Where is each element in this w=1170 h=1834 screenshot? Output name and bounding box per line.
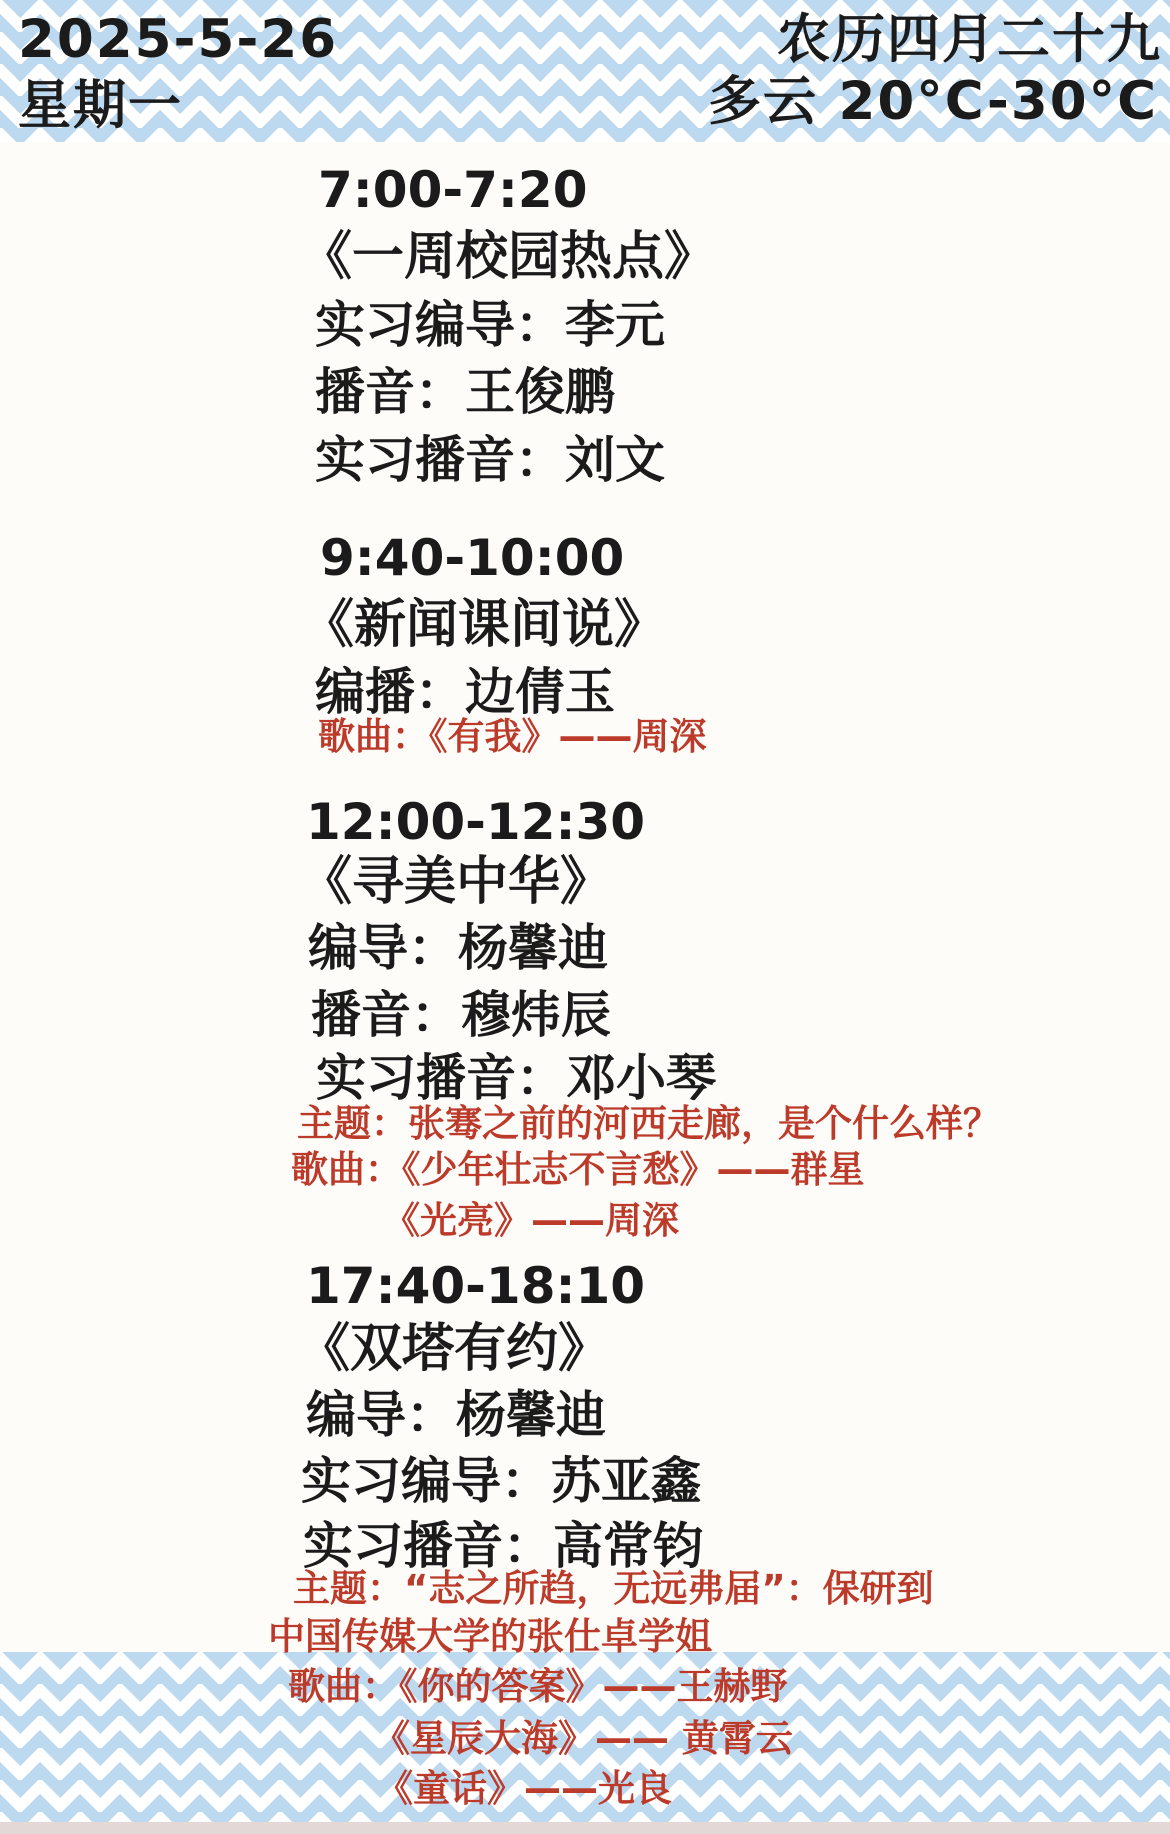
program-1-crew-line: 播音：王俊鹏: [315, 364, 615, 422]
date-text: 2025-5-26: [18, 10, 338, 71]
weekday-text: 星期一: [18, 76, 183, 137]
program-3-crew-line: 实习播音：邓小琴: [316, 1050, 716, 1108]
program-1-crew-line: 实习播音：刘文: [315, 432, 665, 490]
program-1-crew-line: 实习编导：李元: [315, 297, 665, 355]
program-3-title: 《寻美中华》: [300, 853, 612, 913]
program-4-time: 17:40-18:10: [306, 1258, 645, 1316]
program-4-crew-line: 编导：杨馨迪: [306, 1387, 606, 1445]
program-4-crew-line: 实习编导：苏亚鑫: [301, 1453, 701, 1511]
program-4-song-note: 歌曲：《你的答案》——王赫野: [288, 1666, 788, 1709]
program-1-title: 《一周校园热点》: [300, 228, 716, 288]
program-3-time: 12:00-12:30: [306, 794, 645, 852]
program-3-theme-note: 主题：张骞之前的河西走廊，是个什么样？: [297, 1103, 1000, 1146]
footer-strip: [0, 1822, 1170, 1834]
lunar-date-text: 农历四月二十九: [777, 10, 1162, 71]
program-4-title: 《双塔有约》: [298, 1320, 610, 1380]
program-2-crew-line: 编播：边倩玉: [315, 664, 615, 722]
program-4-song-note: 《星辰大海》—— 黄霄云: [373, 1718, 793, 1761]
program-1-time: 7:00-7:20: [318, 162, 587, 220]
program-3-crew-line: 播音：穆炜辰: [311, 987, 611, 1045]
weather-text: 多云 20°C-30°C: [708, 72, 1158, 133]
program-3-song-note: 歌曲：《少年壮志不言愁》——群星: [291, 1149, 865, 1192]
program-2-title: 《新闻课间说》: [302, 596, 666, 656]
schedule-poster: 2025-5-26 星期一 农历四月二十九 多云 20°C-30°C 7:00-…: [0, 0, 1170, 1834]
program-4-theme-note: 中国传媒大学的张仕卓学姐: [268, 1616, 712, 1659]
program-2-song-note: 歌曲：《有我》——周深: [318, 716, 707, 759]
program-4-song-note: 《童话》——光良: [376, 1768, 672, 1811]
program-2-time: 9:40-10:00: [320, 530, 624, 588]
program-3-song-note: 《光亮》——周深: [383, 1200, 679, 1243]
program-3-crew-line: 编导：杨馨迪: [308, 920, 608, 978]
program-4-theme-note: 主题：“志之所趋，无远弗届”：保研到: [293, 1568, 934, 1611]
